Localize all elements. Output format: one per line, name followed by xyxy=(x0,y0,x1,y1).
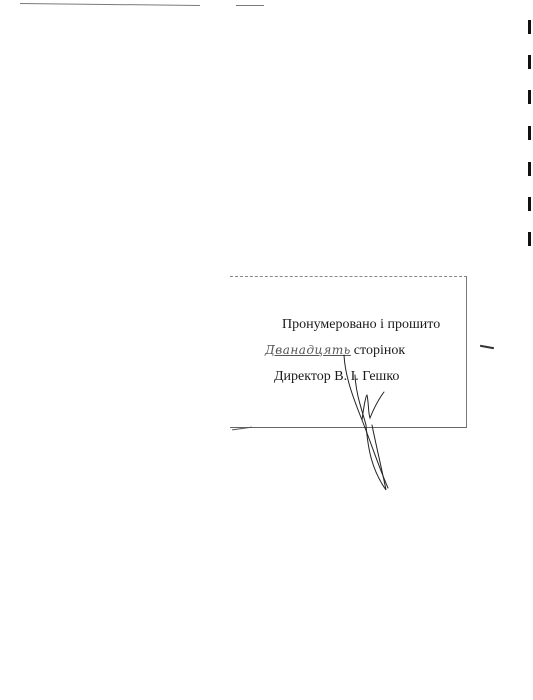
stamp-numbered-bound: Пронумеровано і прошито xyxy=(282,317,440,333)
stamp-page-count-line: Дванадцятьсторінок xyxy=(265,343,405,359)
binding-mark xyxy=(528,126,531,140)
binding-mark xyxy=(528,20,531,34)
scan-edge-line xyxy=(236,5,264,6)
binding-mark xyxy=(528,197,531,211)
scan-edge-line xyxy=(20,3,200,6)
binding-mark xyxy=(528,90,531,104)
handwritten-page-count: Дванадцять xyxy=(265,343,351,357)
binding-mark xyxy=(528,162,531,176)
stamp-director-name: Директор В. І. Гешко xyxy=(274,369,399,385)
pages-word: сторінок xyxy=(354,343,405,358)
binding-mark xyxy=(528,55,531,69)
binding-mark xyxy=(528,232,531,246)
pen-mark xyxy=(480,345,494,349)
